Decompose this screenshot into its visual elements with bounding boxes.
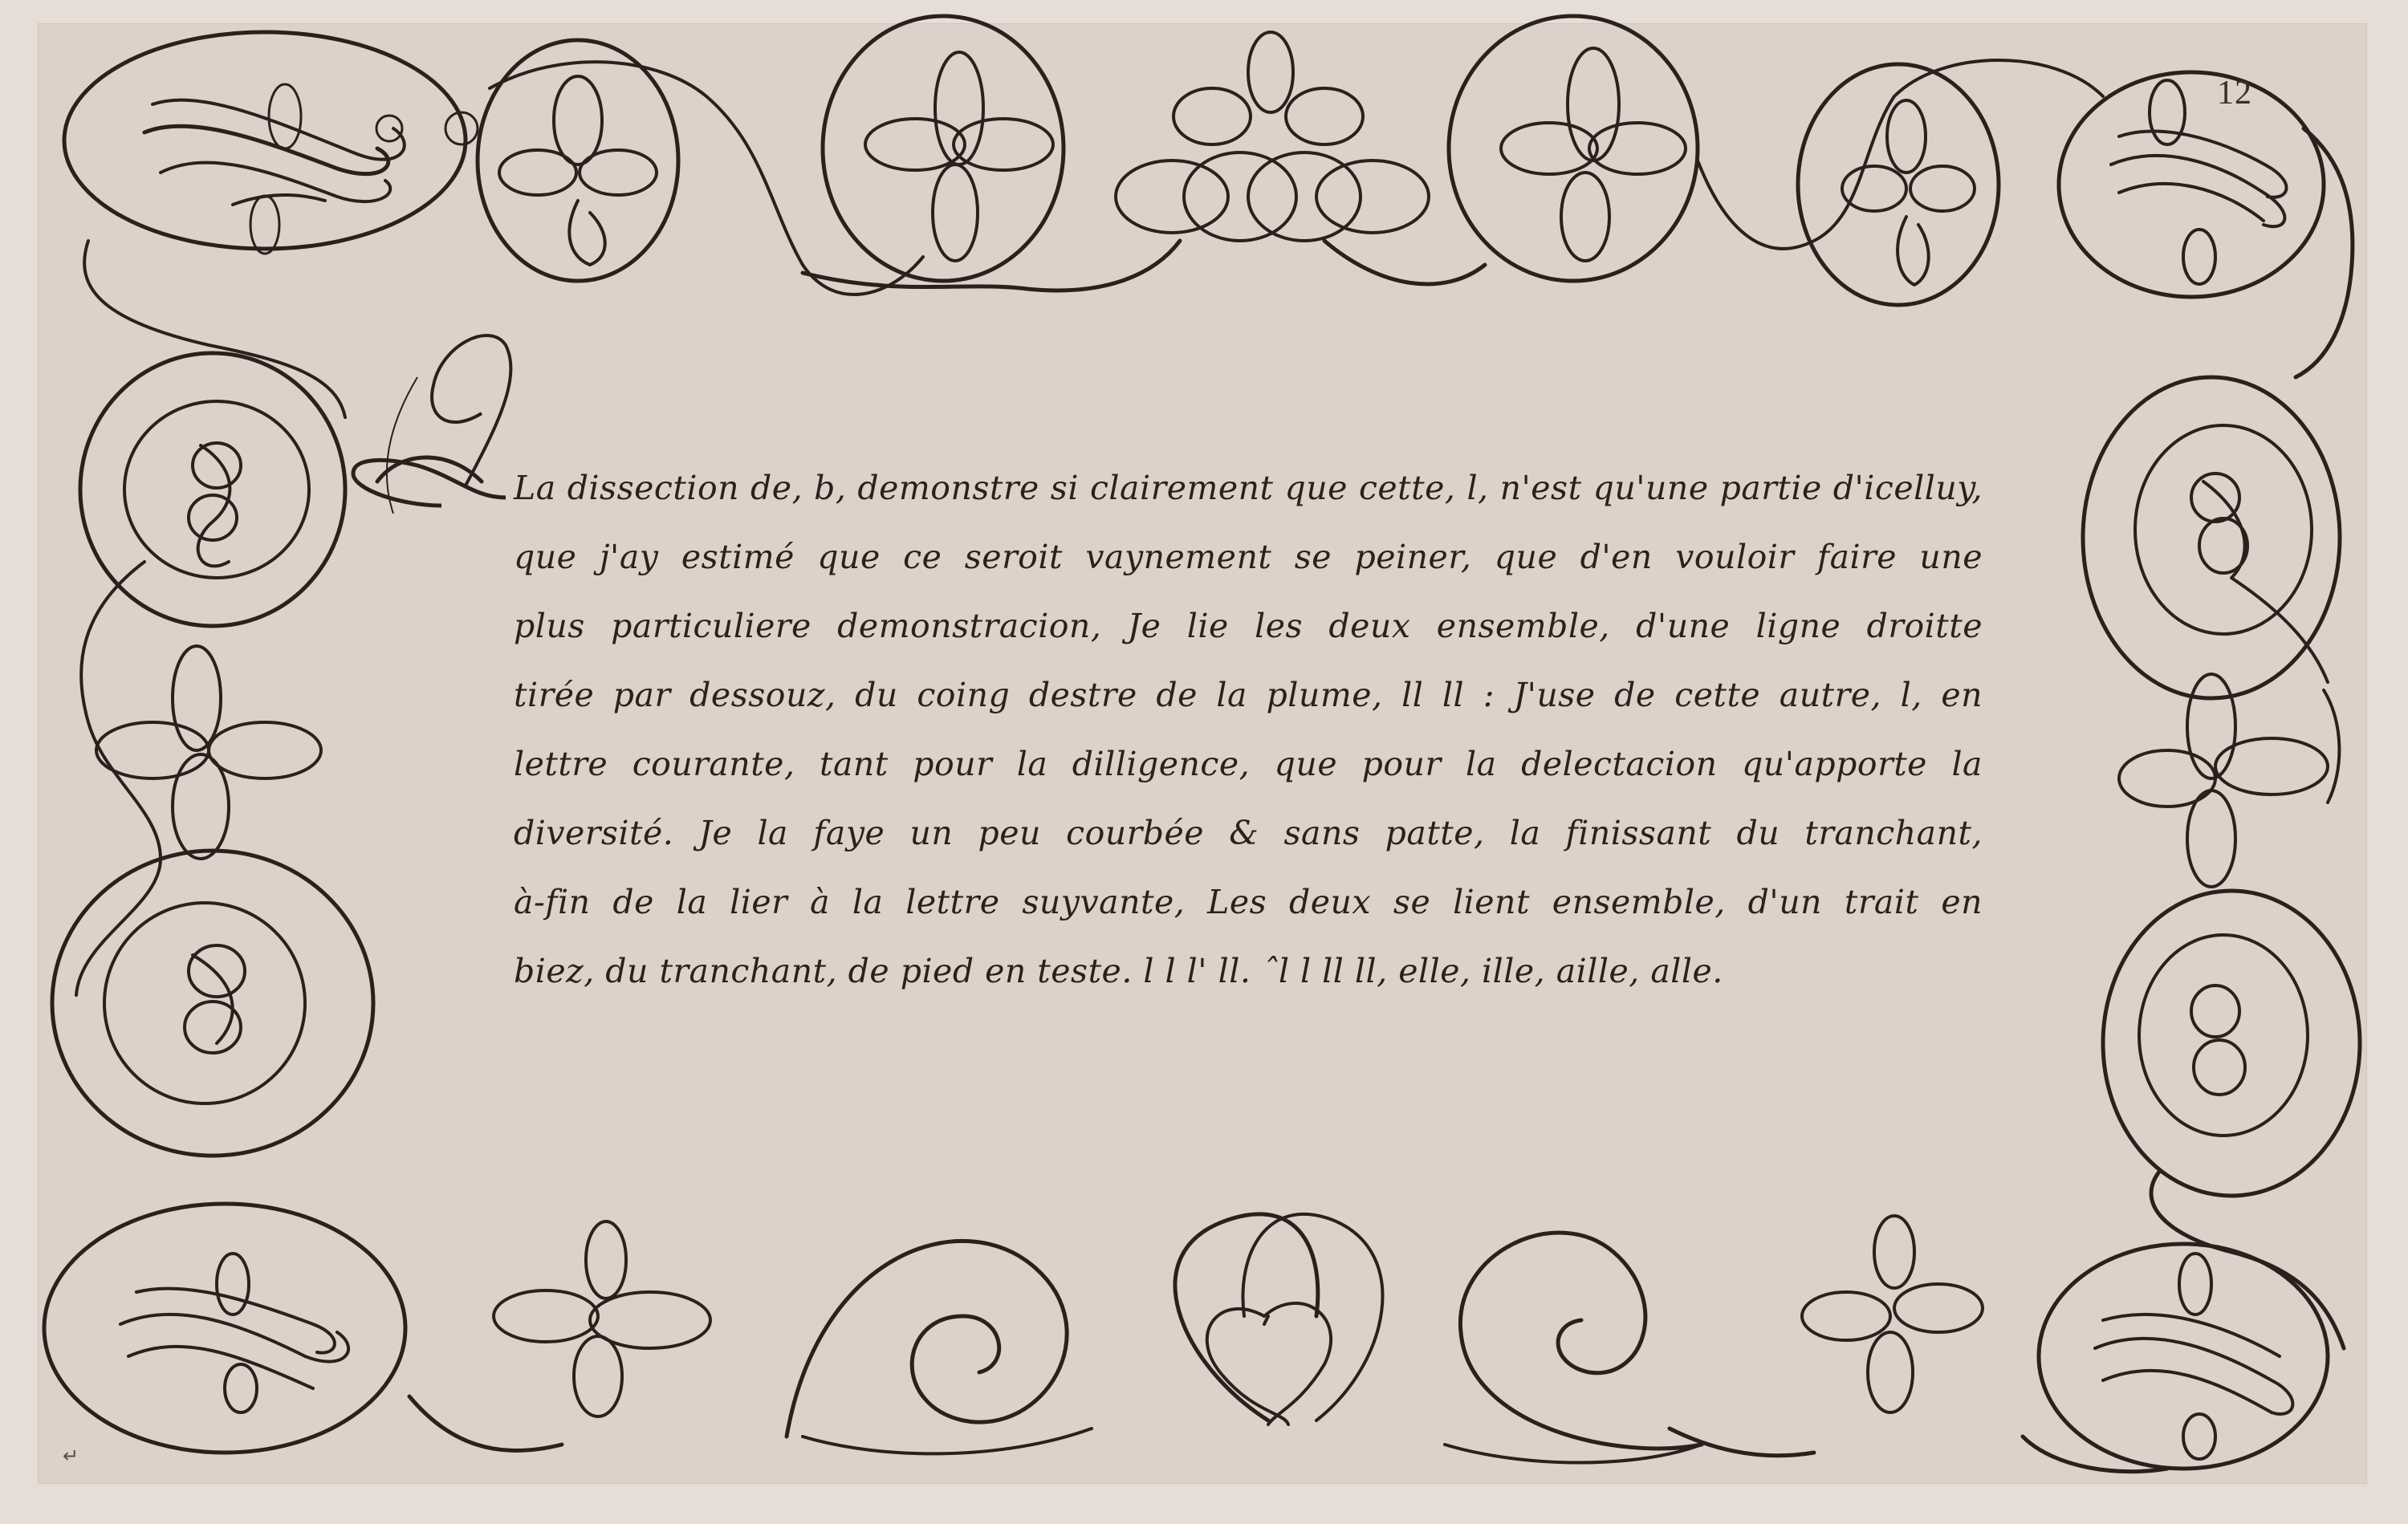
quatrefoil-ornament-top-1 [478,40,678,281]
text-line: La dissection de, b, demonstre si claire… [514,453,1983,522]
knot-ornament-bottom-right [2023,1244,2328,1472]
page-number: 12 [2217,74,2252,112]
figure-eight-ornament-right-bottom [2103,891,2360,1348]
quatrefoil-ornament-right-middle [2119,674,2339,887]
knot-ornament-top-center [803,32,1485,291]
knot-ornament-bottom-left [44,1204,562,1453]
heart-knot-ornament-bottom-center [1175,1214,1382,1424]
text-line: lettre courante, tant pour la dilligence… [514,729,1983,799]
spiral-ornament-bottom-2 [1445,1233,1702,1462]
text-line: tirée par dessouz, du coing destre de la… [514,660,1983,729]
text-line: que j'ay estimé que ce seroit vaynement … [514,522,1983,591]
knot-ornament-top-right [2059,72,2353,377]
figure-eight-ornament-left-bottom [52,851,373,1156]
quatrefoil-ornament-bottom-2 [1670,1216,1983,1456]
calligraphy-body-text: La dissection de, b, demonstre si claire… [514,453,1983,1006]
text-line: biez, du tranchant, de pied en teste. l … [514,937,1983,1006]
quatrefoil-ornament-top-2 [823,16,1064,281]
knot-ornament-top-left [64,32,478,254]
quatrefoil-ornament-top-3 [1449,16,1698,281]
spiral-ornament-bottom-1 [787,1241,1092,1453]
text-line: à-fin de la lier à la lettre suyvante, L… [514,868,1983,937]
scanned-page: 12 La dissection de, b, demonstre si cla… [0,0,2408,1524]
text-line: diversité. Je la faye un peu courbée & s… [514,799,1983,868]
quatrefoil-ornament-bottom-1 [494,1221,710,1416]
figure-eight-ornament-right-top [2083,377,2340,698]
quatrefoil-ornament-left-middle [96,646,321,859]
corner-mark: ↵ [63,1445,79,1468]
text-line: plus particuliere demonstracion, Je lie … [514,591,1983,660]
quatrefoil-ornament-top-4 [1798,64,1999,305]
